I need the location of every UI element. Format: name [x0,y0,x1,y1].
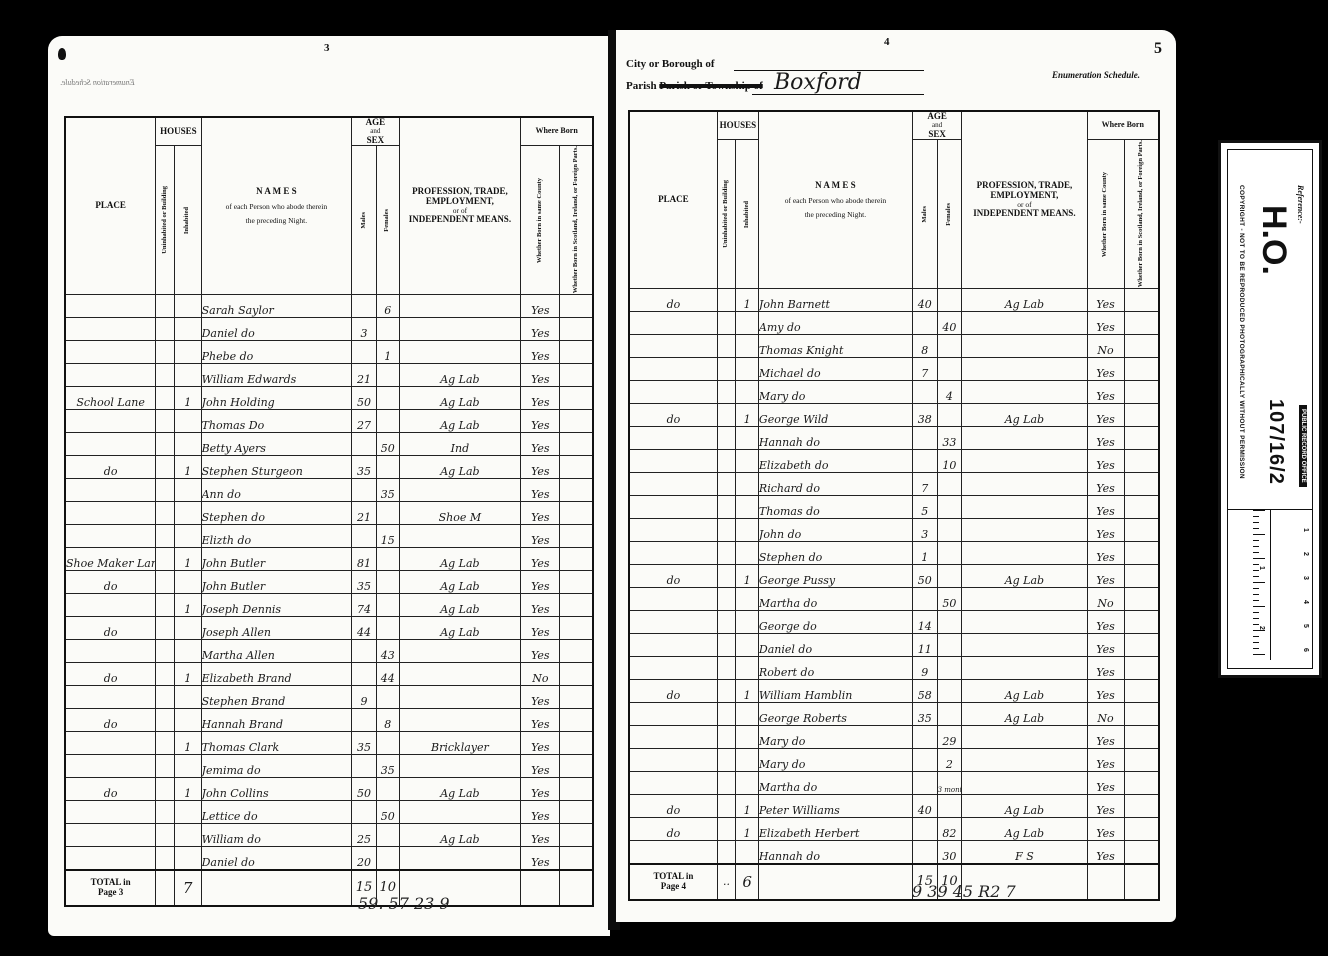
ruler-tick [1253,654,1265,655]
table-row: Mary do29Yes [629,725,1159,748]
place-cell: School Lane [65,386,156,409]
table-row: do1William Hamblin58Ag LabYes [629,679,1159,702]
total-row: TOTAL inPage 4..61510 [629,864,1159,900]
females-age-cell [376,777,399,800]
females-age-cell [937,610,962,633]
born-same-county-cell: Yes [1087,564,1124,587]
place-cell [629,610,717,633]
females-age-cell [376,731,399,754]
occupation-cell [399,754,521,777]
occupation-cell: Ag Lab [962,403,1087,426]
born-elsewhere-cell [1124,403,1159,426]
table-row: do1George Pussy50Ag LabYes [629,564,1159,587]
ruler-tick [1253,534,1265,535]
males-age-cell: 3 [912,518,937,541]
inhabited-cell [736,587,759,610]
place-cell [65,593,156,616]
col-profession: PROFESSION, TRADE, EMPLOYMENT, or of IND… [399,117,521,294]
page-number: 4 [884,36,890,48]
uninhabited-cell [156,754,175,777]
occupation-cell: Ag Lab [399,409,521,432]
table-row: Richard do7Yes [629,472,1159,495]
inhabited-cell [736,334,759,357]
col-houses: HOUSES [717,111,758,140]
uninhabited-cell [717,288,735,311]
occupation-cell: Ag Lab [399,616,521,639]
inhabited-cell: 1 [174,593,201,616]
name-cell: Sarah Saylor [201,294,352,317]
inhabited-cell [174,754,201,777]
name-cell: Amy do [758,311,912,334]
born-elsewhere-cell [560,570,593,593]
females-age-cell: 40 [937,311,962,334]
table-row: Daniel do3Yes [65,317,593,340]
faint-header-text: Enumeration Schedule. [60,78,135,87]
occupation-cell: F S [962,840,1087,864]
uninhabited-cell [717,587,735,610]
name-cell: Lettice do [201,800,352,823]
males-age-cell: 35 [352,731,377,754]
females-age-cell [937,518,962,541]
inhabited-cell [736,748,759,771]
males-age-cell [352,662,377,685]
names-sub1: of each Person who abode therein [202,203,352,211]
males-age-cell [352,294,377,317]
born-same-county-cell: Yes [1087,748,1124,771]
name-cell: Martha do [758,587,912,610]
born-elsewhere-cell [1124,771,1159,794]
born-elsewhere-cell [1124,610,1159,633]
reference-label: Reference:- [1296,185,1305,224]
place-cell [629,656,717,679]
uninhabited-cell [717,679,735,702]
name-cell: Hannah Brand [201,708,352,731]
males-age-cell: 50 [912,564,937,587]
inhabited-cell: 1 [174,547,201,570]
born-same-county-cell: Yes [1087,633,1124,656]
females-age-cell: 29 [937,725,962,748]
born-elsewhere-cell [560,685,593,708]
occupation-cell [962,656,1087,679]
born-elsewhere-cell [1124,518,1159,541]
inhabited-cell: 1 [736,288,759,311]
total-uninhabited: .. [717,864,735,900]
uninhabited-cell [156,823,175,846]
born-same-county-cell: Yes [1087,679,1124,702]
inhabited-cell [736,725,759,748]
born-same-county-cell: No [1087,334,1124,357]
total-inhabited: 6 [736,864,759,900]
born-same-county-cell: Yes [1087,840,1124,864]
born-same-county-cell: Yes [521,616,560,639]
born-elsewhere-cell [1124,288,1159,311]
ink-blot [58,48,66,60]
born-elsewhere-cell [560,432,593,455]
place-cell: do [65,616,156,639]
occupation-cell: Bricklayer [399,731,521,754]
place-cell [629,426,717,449]
females-age-cell [376,570,399,593]
uninhabited-cell [717,633,735,656]
males-age-cell: 40 [912,794,937,817]
place-cell [65,846,156,870]
total-row: TOTAL inPage 371510 [65,870,593,906]
inhabited-cell [174,478,201,501]
parish-label: Parish Parish or Township of [626,80,763,92]
inhabited-cell [736,656,759,679]
uninhabited-cell [156,455,175,478]
born-same-county-cell: Yes [1087,288,1124,311]
table-row: do1John Barnett40Ag LabYes [629,288,1159,311]
place-cell: do [629,817,717,840]
ruler-tick [1253,510,1265,511]
ruler-tick [1253,522,1259,523]
name-cell: Martha do [758,771,912,794]
females-age-cell: 35 [376,478,399,501]
col-males: Males [912,140,937,288]
place-cell [65,409,156,432]
occupation-cell [962,472,1087,495]
table-row: doJohn Butler35Ag LabYes [65,570,593,593]
place-cell [629,380,717,403]
females-age-cell [937,288,962,311]
ruler-inch-label: 2 [1258,626,1265,630]
occupation-cell [962,426,1087,449]
uninhabited-cell [156,662,175,685]
name-cell: Mary do [758,380,912,403]
born-same-county-cell: Yes [1087,610,1124,633]
born-same-county-cell: Yes [521,363,560,386]
inhabited-cell [736,771,759,794]
born-same-county-cell: Yes [1087,357,1124,380]
table-row: Elizth do15Yes [65,524,593,547]
occupation-cell [962,357,1087,380]
names-sub1: of each Person who abode therein [759,197,912,205]
males-age-cell: 50 [352,386,377,409]
born-same-county-cell: Yes [521,593,560,616]
uninhabited-cell [717,518,735,541]
inhabited-cell [174,800,201,823]
name-cell: Thomas Clark [201,731,352,754]
born-same-county-cell: Yes [521,800,560,823]
col-where-born: Where Born [521,117,593,146]
name-cell: Hannah do [758,840,912,864]
inhabited-cell [174,708,201,731]
born-elsewhere-cell [560,478,593,501]
name-cell: Michael do [758,357,912,380]
uninhabited-cell [156,432,175,455]
males-age-cell: 14 [912,610,937,633]
occupation-cell [962,633,1087,656]
inhabited-cell [736,541,759,564]
occupation-cell [962,587,1087,610]
table-row: Stephen do1Yes [629,541,1159,564]
table-row: Daniel do11Yes [629,633,1159,656]
uninhabited-cell [717,564,735,587]
total-elsewhere-blank [1124,864,1159,900]
born-same-county-cell: Yes [1087,817,1124,840]
uninhabited-cell [717,702,735,725]
occupation-cell [962,541,1087,564]
females-age-cell: 50 [376,432,399,455]
females-age-cell [937,403,962,426]
table-row: Sarah Saylor6Yes [65,294,593,317]
place-cell [65,754,156,777]
table-row: Mary do2Yes [629,748,1159,771]
born-elsewhere-cell [1124,311,1159,334]
names-sub2: the preceding Night. [202,217,352,225]
born-same-county-cell: No [521,662,560,685]
table-row: doJoseph Allen44Ag LabYes [65,616,593,639]
name-cell: Hannah do [758,426,912,449]
uninhabited-cell [156,386,175,409]
uninhabited-cell [156,777,175,800]
col-uninhabited: Uninhabited or Building [156,146,175,294]
occupation-cell: Ag Lab [399,823,521,846]
uninhabited-cell [717,334,735,357]
names-sub2: the preceding Night. [759,211,912,219]
born-same-county-cell: Yes [521,478,560,501]
occupation-cell: Ag Lab [399,777,521,800]
reference-office: H.O. [1254,205,1293,275]
males-age-cell: 38 [912,403,937,426]
name-cell: Daniel do [201,846,352,870]
col-same-county: Whether Born in same County [521,146,560,294]
uninhabited-label: Uninhabited or Building [723,180,730,248]
born-elsewhere-cell [1124,564,1159,587]
ruler-tick [1253,636,1259,637]
born-elsewhere-cell [1124,357,1159,380]
males-age-cell: 35 [352,570,377,593]
occupation-cell: Ag Lab [399,386,521,409]
males-age-cell: 25 [352,823,377,846]
born-elsewhere-cell [1124,656,1159,679]
occupation-cell: Ag Lab [962,288,1087,311]
table-row: 1Thomas Clark35BricklayerYes [65,731,593,754]
born-same-county-cell: Yes [1087,656,1124,679]
born-same-county-cell: Yes [521,777,560,800]
females-label: Females [384,209,391,232]
name-cell: Joseph Dennis [201,593,352,616]
place-cell [65,685,156,708]
born-same-county-cell: Yes [1087,725,1124,748]
col-females: Females [376,146,399,294]
sex-label: SEX [352,136,398,146]
place-cell: do [629,679,717,702]
name-cell: Daniel do [201,317,352,340]
occupation-cell [962,771,1087,794]
table-row: doHannah Brand8Yes [65,708,593,731]
females-age-cell [937,633,962,656]
table-row: William Edwards21Ag LabYes [65,363,593,386]
males-age-cell [352,524,377,547]
name-cell: Stephen do [758,541,912,564]
reference-strip: Reference:- H.O. PUBLIC RECORD OFFICE 10… [1218,140,1322,678]
name-cell: Joseph Allen [201,616,352,639]
born-elsewhere-cell [560,455,593,478]
males-age-cell [912,311,937,334]
born-elsewhere-cell [1124,426,1159,449]
males-age-cell [912,380,937,403]
born-elsewhere-cell [560,708,593,731]
males-age-cell: 74 [352,593,377,616]
name-cell: George Roberts [758,702,912,725]
table-row: Stephen do21Shoe MYes [65,501,593,524]
occupation-cell: Shoe M [399,501,521,524]
born-elsewhere-cell [560,547,593,570]
inhabited-cell: 1 [736,794,759,817]
occupation-cell: Ind [399,432,521,455]
born-elsewhere-cell [560,363,593,386]
table-row: do1Elizabeth Herbert82Ag LabYes [629,817,1159,840]
name-cell: Elizabeth Brand [201,662,352,685]
inhabited-cell: 1 [736,564,759,587]
inhabited-cell [174,570,201,593]
occupation-cell [399,639,521,662]
males-age-cell [912,817,937,840]
total-uninhabited [156,870,175,906]
born-same-county-cell: Yes [521,432,560,455]
corner-number: 5 [1154,40,1162,58]
born-elsewhere-cell [1124,748,1159,771]
city-label: City or Borough of [626,58,715,70]
name-cell: Stephen do [201,501,352,524]
ruler-tick [1253,546,1259,547]
females-age-cell: 43 [376,639,399,662]
inhabited-cell: 1 [174,777,201,800]
place-cell [65,501,156,524]
born-elsewhere-cell [560,386,593,409]
name-cell: John Butler [201,570,352,593]
occupation-cell [962,725,1087,748]
females-age-cell: 4 [937,380,962,403]
ruler-tick [1253,558,1265,559]
table-row: Ann do35Yes [65,478,593,501]
females-age-cell [376,685,399,708]
measurement-ruler: 12345612 [1227,509,1313,660]
uninhabited-cell [156,570,175,593]
uninhabited-cell [717,656,735,679]
occupation-cell: Ag Lab [962,564,1087,587]
uninhabited-cell [156,731,175,754]
occupation-cell: Ag Lab [399,547,521,570]
col-where-born: Where Born [1087,111,1159,140]
males-age-cell: 21 [352,363,377,386]
inhabited-cell [736,449,759,472]
ruler-divider [1270,510,1271,660]
col-inhabited: Inhabited [174,146,201,294]
uninhabited-cell [156,409,175,432]
females-age-cell [376,386,399,409]
place-cell [65,823,156,846]
females-age-cell: 44 [376,662,399,685]
table-row: Robert do9Yes [629,656,1159,679]
total-label: TOTAL inPage 4 [629,864,717,900]
same-county-label: Whether Born in same County [1102,172,1109,257]
occupation-cell [399,662,521,685]
born-same-county-cell: Yes [521,409,560,432]
table-row: Betty Ayers50IndYes [65,432,593,455]
born-elsewhere-cell [1124,334,1159,357]
males-age-cell: 3 [352,317,377,340]
table-row: Mary do4Yes [629,380,1159,403]
inhabited-cell [736,357,759,380]
inhabited-cell: 1 [736,679,759,702]
place-cell [65,317,156,340]
table-row: Amy do40Yes [629,311,1159,334]
born-elsewhere-cell [560,639,593,662]
place-cell: do [65,662,156,685]
name-cell: Elizth do [201,524,352,547]
name-cell: William Hamblin [758,679,912,702]
name-cell: Stephen Brand [201,685,352,708]
scotland-label: Whether Born in Scotland, Ireland, or Fo… [1138,140,1145,287]
born-elsewhere-cell [1124,633,1159,656]
females-age-cell: 50 [937,587,962,610]
table-row: Jemima do35Yes [65,754,593,777]
females-age-cell [937,334,962,357]
born-elsewhere-cell [1124,702,1159,725]
place-cell: do [629,794,717,817]
reference-rotated: Reference:- H.O. PUBLIC RECORD OFFICE 10… [1227,149,1313,669]
place-cell: do [65,455,156,478]
ruler-tick [1253,594,1259,595]
males-age-cell: 44 [352,616,377,639]
place-cell: do [629,403,717,426]
uninhabited-cell [717,794,735,817]
col-names: N A M E S of each Person who abode there… [758,111,912,288]
col-uninhabited: Uninhabited or Building [717,140,735,288]
born-elsewhere-cell [560,616,593,639]
females-age-cell: 33 [937,426,962,449]
males-age-cell: 35 [352,455,377,478]
born-elsewhere-cell [560,593,593,616]
parish-value: Boxford [774,70,862,95]
males-age-cell: 1 [912,541,937,564]
born-elsewhere-cell [560,754,593,777]
born-elsewhere-cell [560,662,593,685]
ruler-cm-label: 6 [1302,648,1309,652]
born-elsewhere-cell [1124,817,1159,840]
born-same-county-cell: Yes [521,823,560,846]
table-row: George do14Yes [629,610,1159,633]
females-age-cell: 6 [376,294,399,317]
reference-banner: PUBLIC RECORD OFFICE [1299,405,1307,487]
occupation-cell [962,495,1087,518]
page-number: 3 [324,42,330,54]
males-age-cell [352,708,377,731]
inhabited-cell [736,610,759,633]
born-same-county-cell: Yes [521,685,560,708]
uninhabited-cell [717,311,735,334]
place-cell [629,449,717,472]
name-cell: John do [758,518,912,541]
table-row: George Roberts35Ag LabNo [629,702,1159,725]
table-row: Martha Allen43Yes [65,639,593,662]
place-cell [629,541,717,564]
inhabited-cell: 1 [736,817,759,840]
born-same-county-cell: Yes [1087,472,1124,495]
occupation-cell [399,294,521,317]
females-age-cell [376,823,399,846]
males-age-cell: 8 [912,334,937,357]
tally-notes-left: 59. 57 23 9 [358,894,450,913]
uninhabited-cell [717,725,735,748]
inhabited-cell [174,432,201,455]
place-cell: Shoe Maker Lane [65,547,156,570]
ruler-cm-label: 1 [1302,528,1309,532]
place-cell [629,495,717,518]
